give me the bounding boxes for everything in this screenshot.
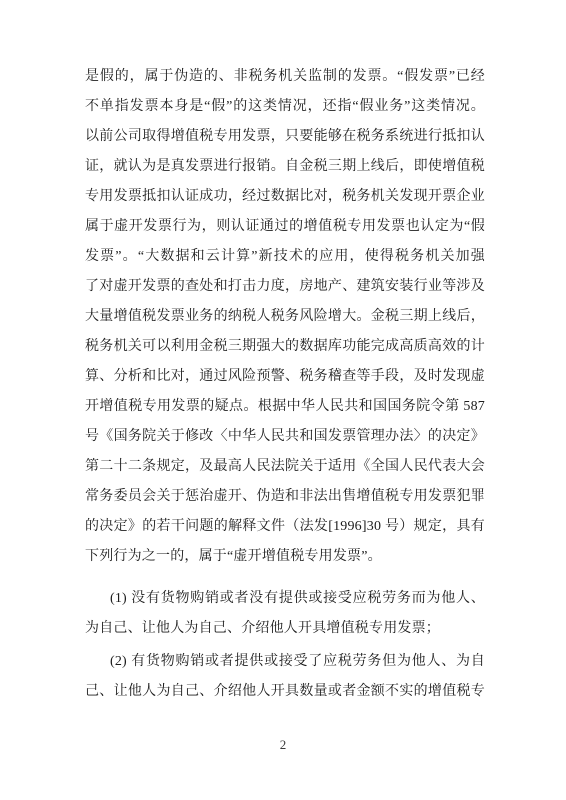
- text-line: 不单指发票本身是“假”的这类情况，还指“假业务”这类情况。: [85, 92, 485, 122]
- text-line: 专用发票抵扣认证成功，经过数据比对，税务机关发现开票企业: [85, 182, 485, 212]
- text-line: 算、分析和比对，通过风险预警、税务稽查等手段，及时发现虚: [85, 362, 485, 392]
- text-line: 己、让他人为自己、介绍他人开具数量或者金额不实的增值税专: [85, 677, 485, 707]
- text-line: 是假的，属于伪造的、非税务机关监制的发票。“假发票”已经: [85, 62, 485, 92]
- document-page: 是假的，属于伪造的、非税务机关监制的发票。“假发票”已经不单指发票本身是“假”的…: [0, 0, 566, 800]
- text-line: 为自己、让他人为自己、介绍他人开具增值税专用发票；: [85, 614, 485, 644]
- text-line: 了对虚开发票的查处和打击力度，房地产、建筑安装行业等涉及: [85, 272, 485, 302]
- text-line: 税务机关可以利用金税三期强大的数据库功能完成高质高效的计: [85, 332, 485, 362]
- text-line: 第二十二条规定，及最高人民法院关于适用《全国人民代表大会: [85, 452, 485, 482]
- text-line: 证，就认为是真发票进行报销。自金税三期上线后，即使增值税: [85, 152, 485, 182]
- text-line: 的决定》的若干问题的解释文件（法发[1996]30 号）规定，具有: [85, 512, 485, 542]
- text-line: 号《国务院关于修改〈中华人民共和国发票管理办法〉的决定》: [85, 422, 485, 452]
- text-line: 以前公司取得增值税专用发票，只要能够在税务系统进行抵扣认: [85, 122, 485, 152]
- text-line: 大量增值税发票业务的纳税人税务风险增大。金税三期上线后，: [85, 302, 485, 332]
- numbered-item-2: (2) 有货物购销或者提供或接受了应税劳务但为他人、为自己、让他人为自己、介绍他…: [85, 647, 485, 707]
- text-line: (2) 有货物购销或者提供或接受了应税劳务但为他人、为自: [85, 647, 485, 677]
- text-line: 开增值税专用发票的疑点。根据中华人民共和国国务院令第 587: [85, 392, 485, 422]
- text-line: 下列行为之一的，属于“虚开增值税专用发票”。: [85, 542, 485, 572]
- text-line: (1) 没有货物购销或者没有提供或接受应税劳务而为他人、: [85, 584, 485, 614]
- numbered-item-1: (1) 没有货物购销或者没有提供或接受应税劳务而为他人、为自己、让他人为自己、介…: [85, 584, 485, 644]
- text-line: 属于虚开发票行为，则认证通过的增值税专用发票也认定为“假: [85, 212, 485, 242]
- text-line: 常务委员会关于惩治虚开、伪造和非法出售增值税专用发票犯罪: [85, 482, 485, 512]
- document-body: 是假的，属于伪造的、非税务机关监制的发票。“假发票”已经不单指发票本身是“假”的…: [85, 62, 485, 707]
- page-number: 2: [0, 737, 566, 753]
- body-paragraph: 是假的，属于伪造的、非税务机关监制的发票。“假发票”已经不单指发票本身是“假”的…: [85, 62, 485, 572]
- text-line: 发票”。“大数据和云计算”新技术的应用，使得税务机关加强: [85, 242, 485, 272]
